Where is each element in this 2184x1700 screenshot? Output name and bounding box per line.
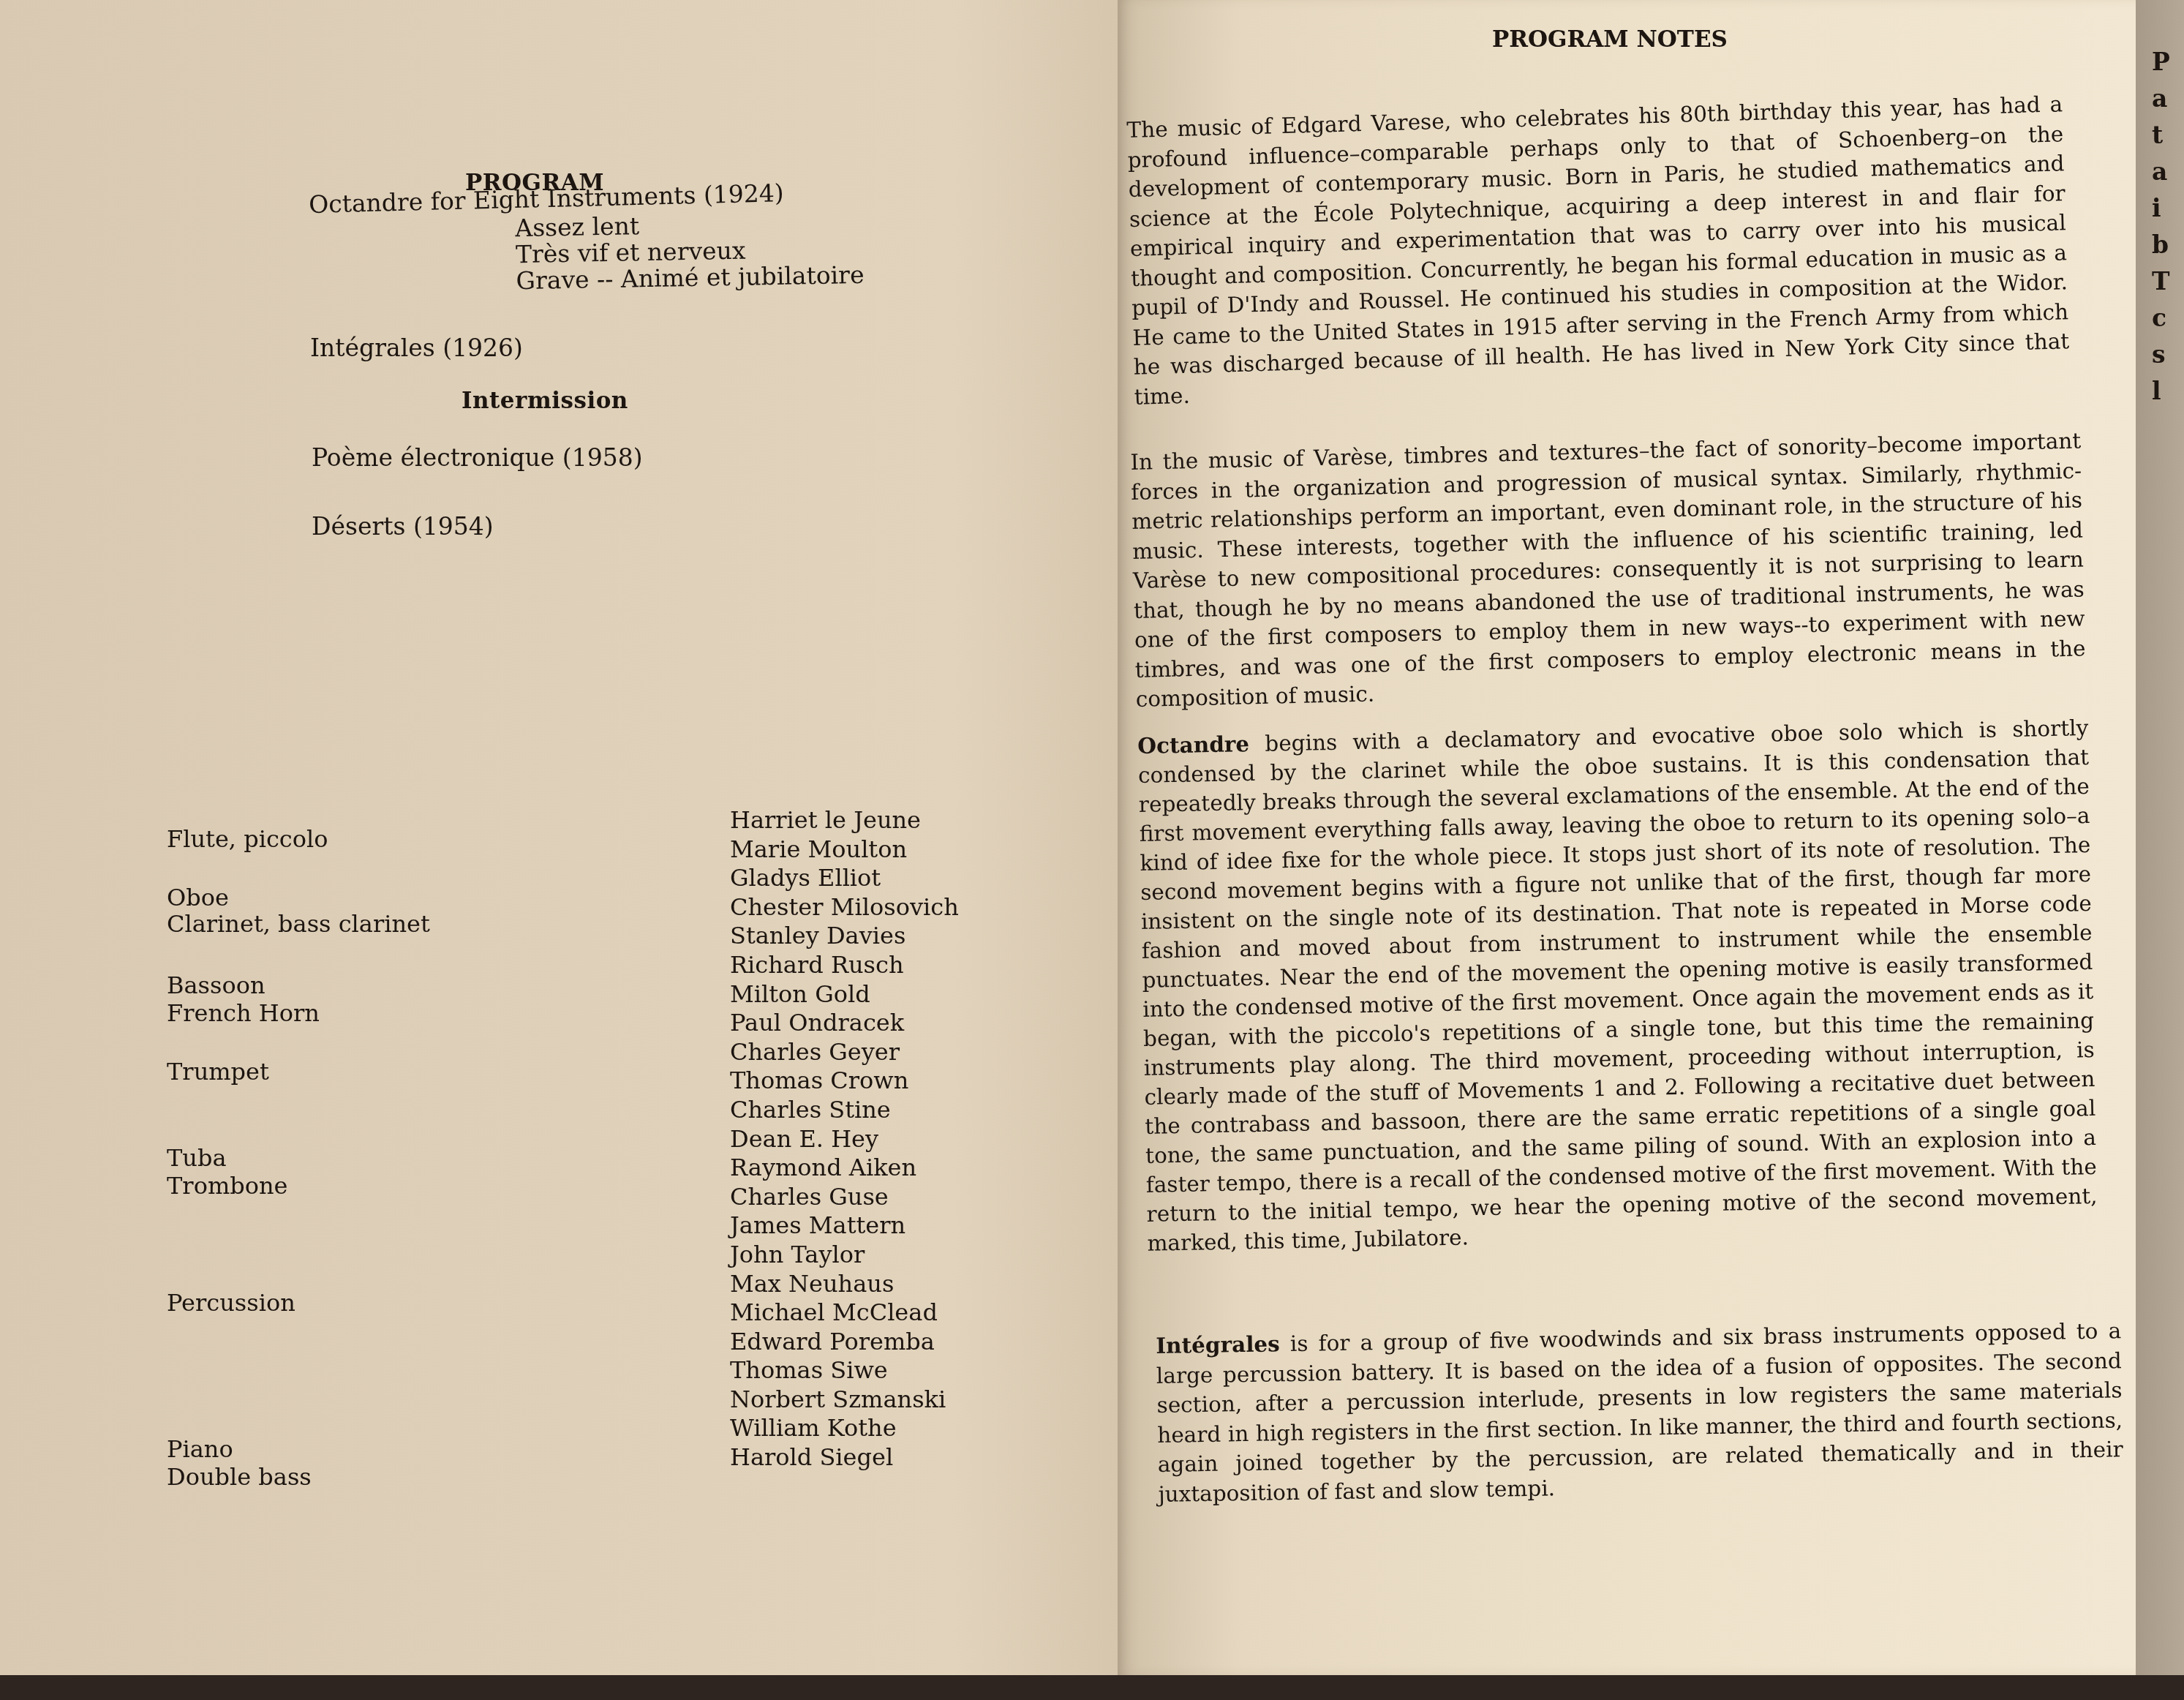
- next-page-letters: PataibTcsl: [2152, 44, 2170, 410]
- movement-3: Grave -- Animé et jubilatoire: [516, 262, 864, 294]
- performer-name: Charles Guse: [730, 1183, 959, 1212]
- performer-name: Thomas Siwe: [730, 1356, 959, 1385]
- performer-name: Thomas Crown: [730, 1067, 959, 1096]
- performer-name: John Taylor: [730, 1241, 959, 1270]
- notes-paragraph-integrales: Intégrales is for a group of five woodwi…: [1156, 1316, 2124, 1509]
- instrument-label: Percussion: [167, 1289, 295, 1317]
- instrument-label: Clarinet, bass clarinet: [167, 910, 430, 938]
- edge-letter: c: [2152, 300, 2170, 336]
- intermission-label: Intermission: [462, 388, 628, 414]
- performer-name: Michael McClead: [730, 1298, 959, 1328]
- edge-letter: T: [2152, 263, 2170, 300]
- notes-paragraph-biography: The music of Edgard Varese, who celebrat…: [1126, 89, 2071, 412]
- program-page: PROGRAM Octandre for Eight Instruments (…: [0, 0, 1119, 1675]
- edge-letter: i: [2152, 190, 2170, 227]
- instrument-label: Bassoon: [167, 971, 266, 999]
- instrument-label: Trumpet: [167, 1058, 269, 1086]
- next-page-edge: PataibTcsl: [2136, 0, 2184, 1700]
- edge-letter: a: [2152, 80, 2170, 117]
- paragraph-text: The music of Edgard Varese, who celebrat…: [1126, 91, 2069, 409]
- edge-letter: l: [2152, 373, 2170, 410]
- performer-name: Max Neuhaus: [730, 1270, 959, 1299]
- notes-paragraph-octandre: Octandre begins with a declamatory and e…: [1137, 713, 2098, 1258]
- edge-letter: b: [2152, 227, 2170, 263]
- paragraph-lead-title: Intégrales: [1156, 1331, 1280, 1358]
- table-surface: [0, 1675, 2184, 1700]
- performer-name: Raymond Aiken: [730, 1154, 959, 1183]
- performer-name: Paul Ondracek: [730, 1009, 959, 1038]
- instrument-label: Tuba: [167, 1144, 227, 1172]
- notes-paragraph-style: In the music of Varèse, timbres and text…: [1130, 426, 2087, 715]
- performer-name: Milton Gold: [730, 980, 959, 1009]
- paragraph-text: is for a group of five woodwinds and six…: [1156, 1318, 2123, 1506]
- paragraph-text: begins with a declamatory and evocative …: [1138, 715, 2098, 1256]
- performer-name: Charles Stine: [730, 1096, 959, 1125]
- instrument-label: Piano: [167, 1435, 233, 1463]
- performer-name: Charles Geyer: [730, 1038, 959, 1067]
- edge-letter: P: [2152, 44, 2170, 80]
- performer-name: William Kothe: [730, 1414, 959, 1443]
- octandre-movements: Assez lent Très vif et nerveux Grave -- …: [515, 209, 865, 294]
- instrument-label: French Horn: [167, 999, 320, 1027]
- performer-name: Marie Moulton: [730, 835, 959, 865]
- performer-name: James Mattern: [730, 1211, 959, 1241]
- program-work-integrales: Intégrales (1926): [310, 334, 523, 362]
- performer-name: Harriet le Jeune: [730, 806, 959, 835]
- performer-name: Richard Rusch: [730, 951, 959, 980]
- instrument-label: Oboe: [167, 884, 229, 911]
- performer-name: Edward Poremba: [730, 1328, 959, 1357]
- paragraph-lead-title: Octandre: [1137, 731, 1249, 759]
- instrument-label: Flute, piccolo: [167, 825, 328, 853]
- program-work-deserts: Déserts (1954): [312, 512, 494, 541]
- edge-letter: s: [2152, 336, 2170, 373]
- performer-name: Gladys Elliot: [730, 864, 959, 893]
- performer-name: Norbert Szmanski: [730, 1385, 959, 1415]
- program-notes-heading: PROGRAM NOTES: [1492, 26, 1728, 53]
- instrument-label: Double bass: [167, 1463, 312, 1491]
- performer-name: Chester Milosovich: [730, 893, 959, 922]
- edge-letter: t: [2152, 117, 2170, 154]
- paragraph-text: In the music of Varèse, timbres and text…: [1130, 429, 2086, 712]
- instrument-label: Trombone: [167, 1172, 288, 1200]
- performer-name: Stanley Davies: [730, 922, 959, 951]
- edge-letter: a: [2152, 154, 2170, 190]
- program-work-poeme: Poème électronique (1958): [312, 443, 643, 472]
- performer-name: Harold Siegel: [730, 1443, 959, 1473]
- performer-list: Harriet le JeuneMarie MoultonGladys Elli…: [730, 806, 959, 1473]
- performer-name: Dean E. Hey: [730, 1125, 959, 1154]
